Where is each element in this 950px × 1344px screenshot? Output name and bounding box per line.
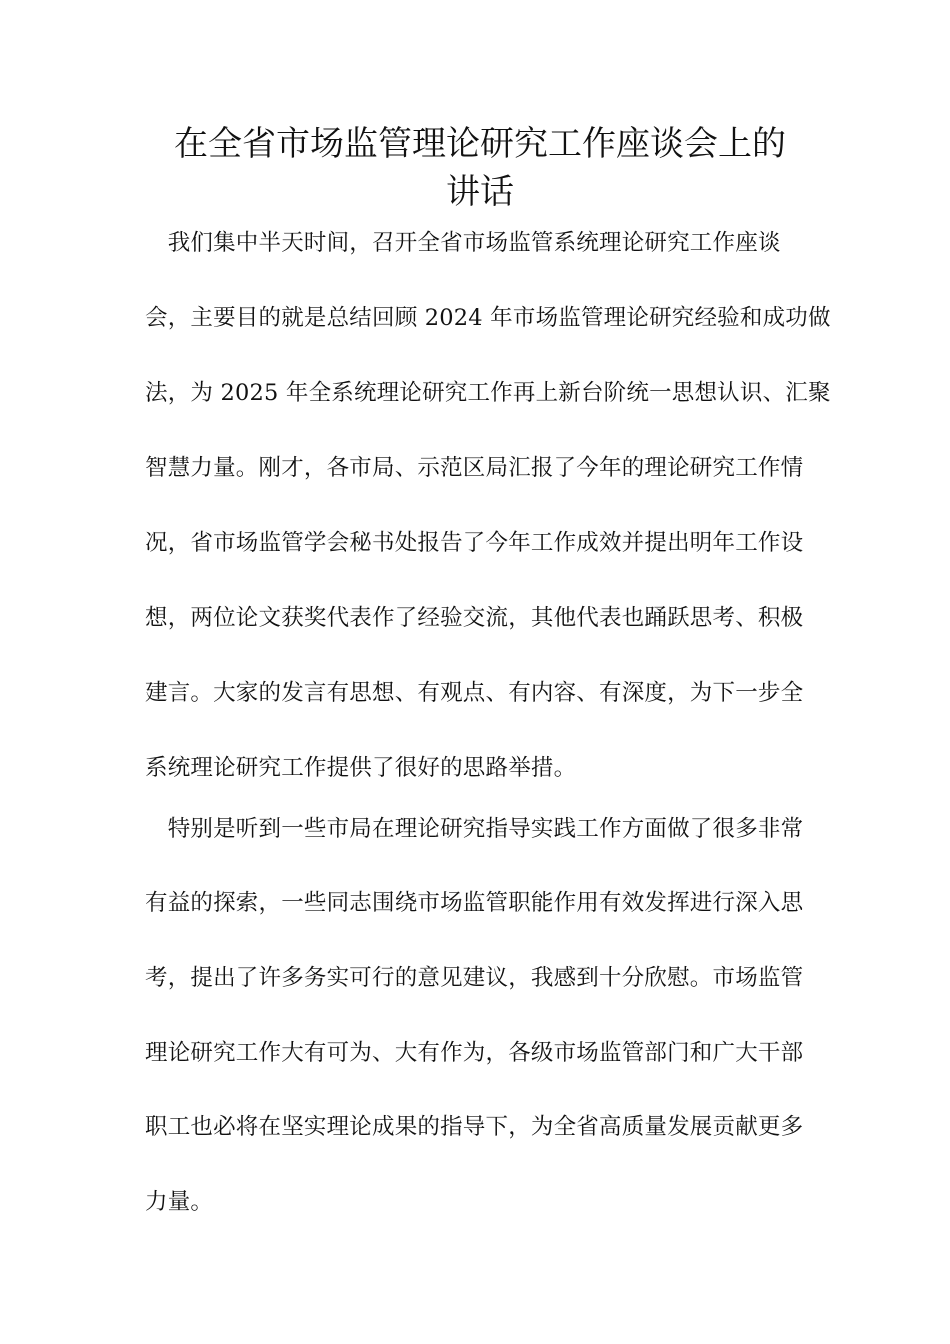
paragraph-line: 智慧力量。刚才，各市局、示范区局汇报了今年的理论研究工作情 xyxy=(145,453,810,483)
paragraph-line: 力量。 xyxy=(145,1187,810,1217)
paragraph-line: 理论研究工作大有可为、大有作为，各级市场监管部门和广大干部 xyxy=(145,1038,810,1068)
paragraph-line: 特别是听到一些市局在理论研究指导实践工作方面做了很多非常 xyxy=(145,814,810,844)
paragraph-line: 有益的探索，一些同志围绕市场监管职能作用有效发挥进行深入思 xyxy=(145,888,810,918)
paragraph-line: 法，为 2025 年全系统理论研究工作再上新台阶统一思想认识、汇聚 xyxy=(145,378,810,408)
paragraph-line: 考，提出了许多务实可行的意见建议，我感到十分欣慰。市场监管 xyxy=(145,963,810,993)
paragraph-line: 建言。大家的发言有思想、有观点、有内容、有深度，为下一步全 xyxy=(145,678,810,708)
paragraph-line: 况，省市场监管学会秘书处报告了今年工作成效并提出明年工作设 xyxy=(145,528,810,558)
document-title: 在全省市场监管理论研究工作座谈会上的 讲话 xyxy=(140,120,820,216)
document-page: 在全省市场监管理论研究工作座谈会上的 讲话 我们集中半天时间，召开全省市场监管系… xyxy=(0,0,950,1344)
title-line-1: 在全省市场监管理论研究工作座谈会上的 xyxy=(140,120,820,168)
paragraph-line: 会，主要目的就是总结回顾 2024 年市场监管理论研究经验和成功做 xyxy=(145,303,810,333)
title-line-2: 讲话 xyxy=(140,168,820,216)
paragraph-line: 我们集中半天时间，召开全省市场监管系统理论研究工作座谈 xyxy=(145,228,810,258)
paragraph-line: 想，两位论文获奖代表作了经验交流，其他代表也踊跃思考、积极 xyxy=(145,603,810,633)
paragraph-line: 系统理论研究工作提供了很好的思路举措。 xyxy=(145,753,810,783)
paragraph-line: 职工也必将在坚实理论成果的指导下，为全省高质量发展贡献更多 xyxy=(145,1112,810,1142)
